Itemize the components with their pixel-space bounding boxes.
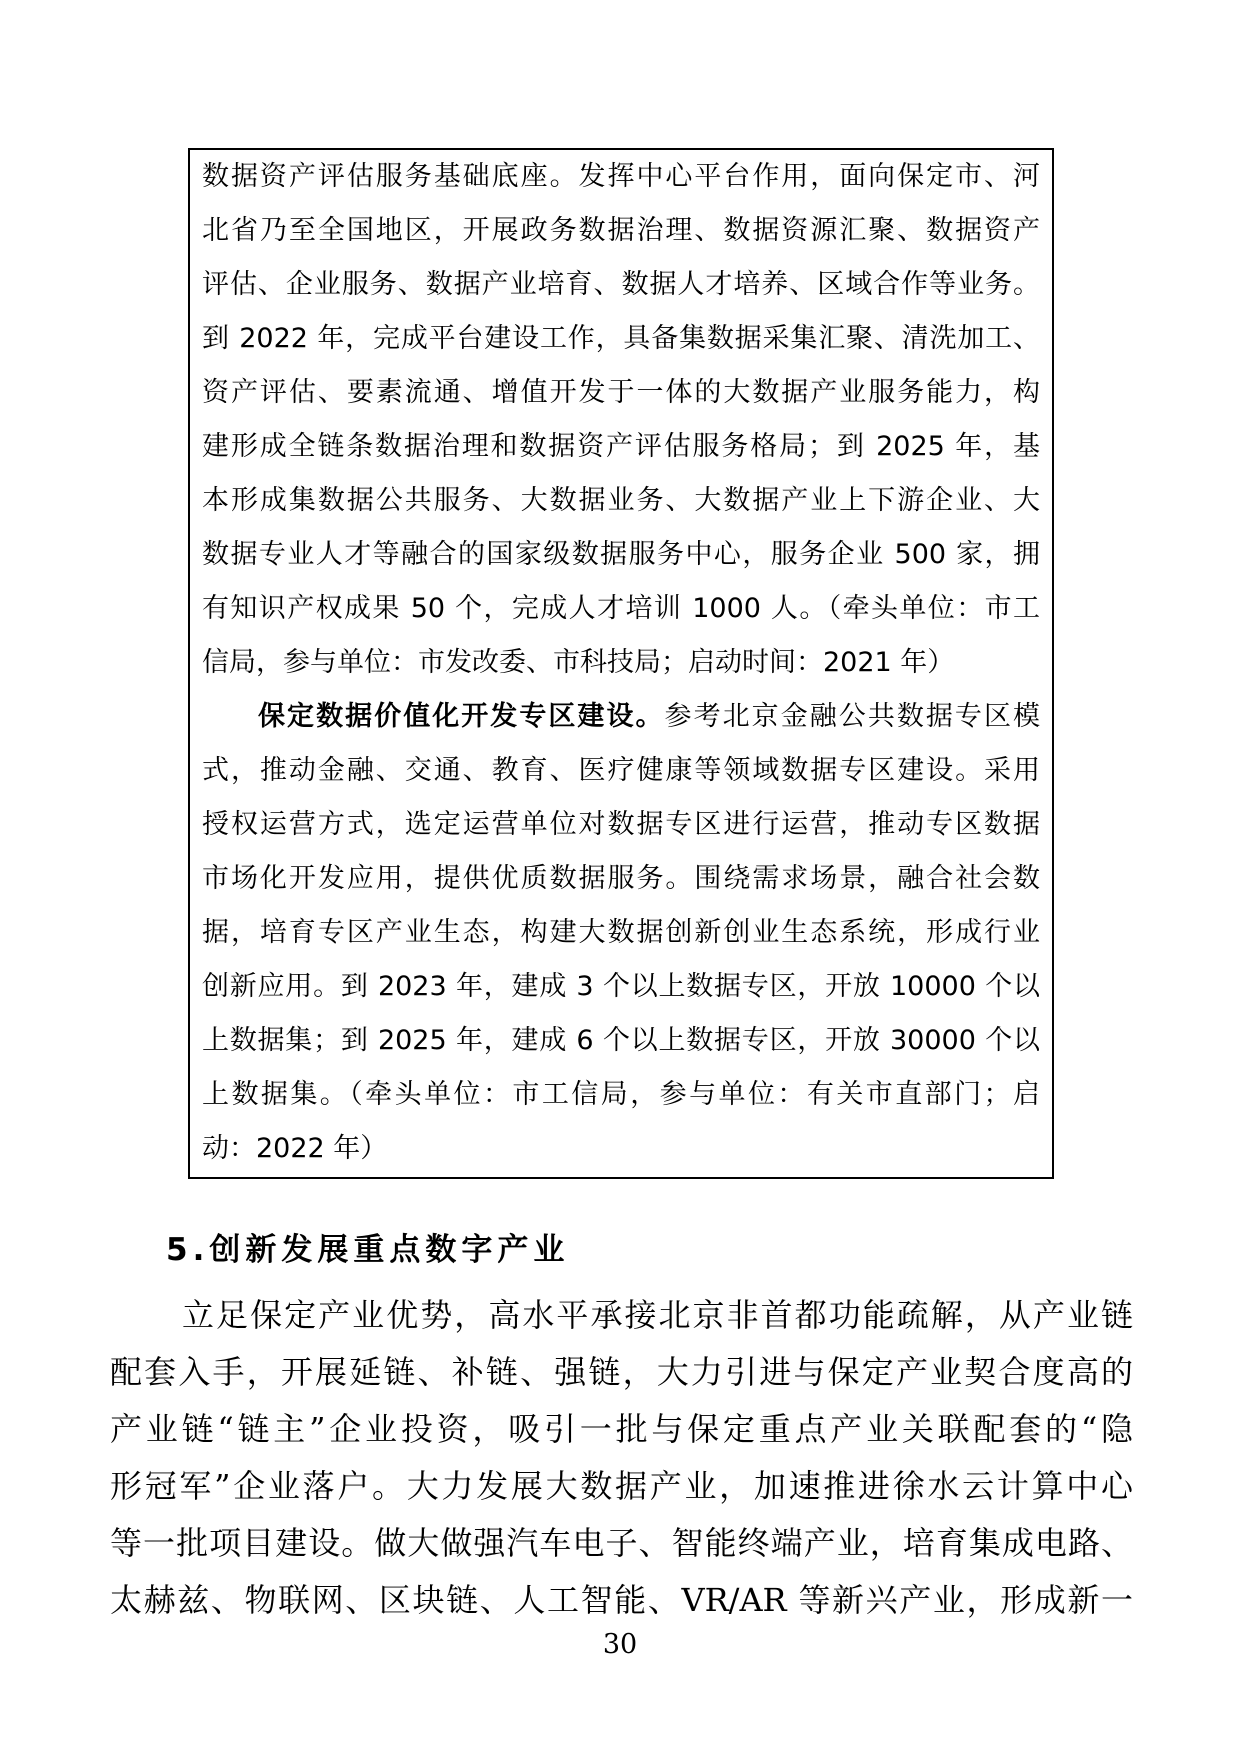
box-paragraph-1: 数据资产评估服务基础底座。发挥中心平台作用，面向保定市、河 北省乃至全国地区，开… [202,150,1040,690]
box-line: 评估、企业服务、数据产业培育、数据人才培养、区域合作等业务。 [202,258,1040,312]
bordered-text-box: 数据资产评估服务基础底座。发挥中心平台作用，面向保定市、河 北省乃至全国地区，开… [188,148,1054,1179]
page-number: 30 [0,1628,1240,1662]
document-page: 数据资产评估服务基础底座。发挥中心平台作用，面向保定市、河 北省乃至全国地区，开… [0,0,1240,1754]
box-line: 上数据集；到 2025 年，建成 6 个以上数据专区，开放 30000 个以 [202,1014,1040,1068]
body-line: 太赫兹、物联网、区块链、人工智能、VR/AR 等新兴产业，形成新一 [110,1572,1133,1629]
body-line: 配套入手，开展延链、补链、强链，大力引进与保定产业契合度高的 [110,1344,1133,1401]
box-line: 信局，参与单位：市发改委、市科技局；启动时间：2021 年） [202,636,1040,690]
lead-rest-run: 参考北京金融公共数据专区模 [665,701,1040,732]
box-line: 有知识产权成果 50 个，完成人才培训 1000 人。（牵头单位：市工 [202,582,1040,636]
box-line: 资产评估、要素流通、增值开发于一体的大数据产业服务能力，构 [202,366,1040,420]
bold-lead-run: 保定数据价值化开发专区建设。 [258,701,665,732]
box-line: 数据资产评估服务基础底座。发挥中心平台作用，面向保定市、河 [202,150,1040,204]
box-line: 上数据集。（牵头单位：市工信局，参与单位：有关市直部门；启 [202,1068,1040,1122]
section-heading: 5.创新发展重点数字产业 [166,1228,569,1272]
body-line: 等一批项目建设。做大做强汽车电子、智能终端产业，培育集成电路、 [110,1515,1133,1572]
box-line: 动：2022 年） [202,1122,1040,1176]
body-paragraph: 立足保定产业优势，高水平承接北京非首都功能疏解，从产业链 配套入手，开展延链、补… [110,1287,1133,1629]
box-line: 数据专业人才等融合的国家级数据服务中心，服务企业 500 家，拥 [202,528,1040,582]
box-line: 式，推动金融、交通、教育、医疗健康等领域数据专区建设。采用 [202,744,1040,798]
body-line: 产业链“链主”企业投资，吸引一批与保定重点产业关联配套的“隐 [110,1401,1133,1458]
box-line: 据，培育专区产业生态，构建大数据创新创业生态系统，形成行业 [202,906,1040,960]
box-line: 本形成集数据公共服务、大数据业务、大数据产业上下游企业、大 [202,474,1040,528]
box-line: 市场化开发应用，提供优质数据服务。围绕需求场景，融合社会数 [202,852,1040,906]
box-paragraph-2: 保定数据价值化开发专区建设。参考北京金融公共数据专区模 式，推动金融、交通、教育… [202,690,1040,1176]
box-line: 保定数据价值化开发专区建设。参考北京金融公共数据专区模 [202,690,1040,744]
box-line: 北省乃至全国地区，开展政务数据治理、数据资源汇聚、数据资产 [202,204,1040,258]
box-line: 创新应用。到 2023 年，建成 3 个以上数据专区，开放 10000 个以 [202,960,1040,1014]
box-line: 授权运营方式，选定运营单位对数据专区进行运营，推动专区数据 [202,798,1040,852]
box-line: 建形成全链条数据治理和数据资产评估服务格局；到 2025 年，基 [202,420,1040,474]
body-line: 形冠军”企业落户。大力发展大数据产业，加速推进徐水云计算中心 [110,1458,1133,1515]
box-line: 到 2022 年，完成平台建设工作，具备集数据采集汇聚、清洗加工、 [202,312,1040,366]
body-line: 立足保定产业优势，高水平承接北京非首都功能疏解，从产业链 [110,1287,1133,1344]
